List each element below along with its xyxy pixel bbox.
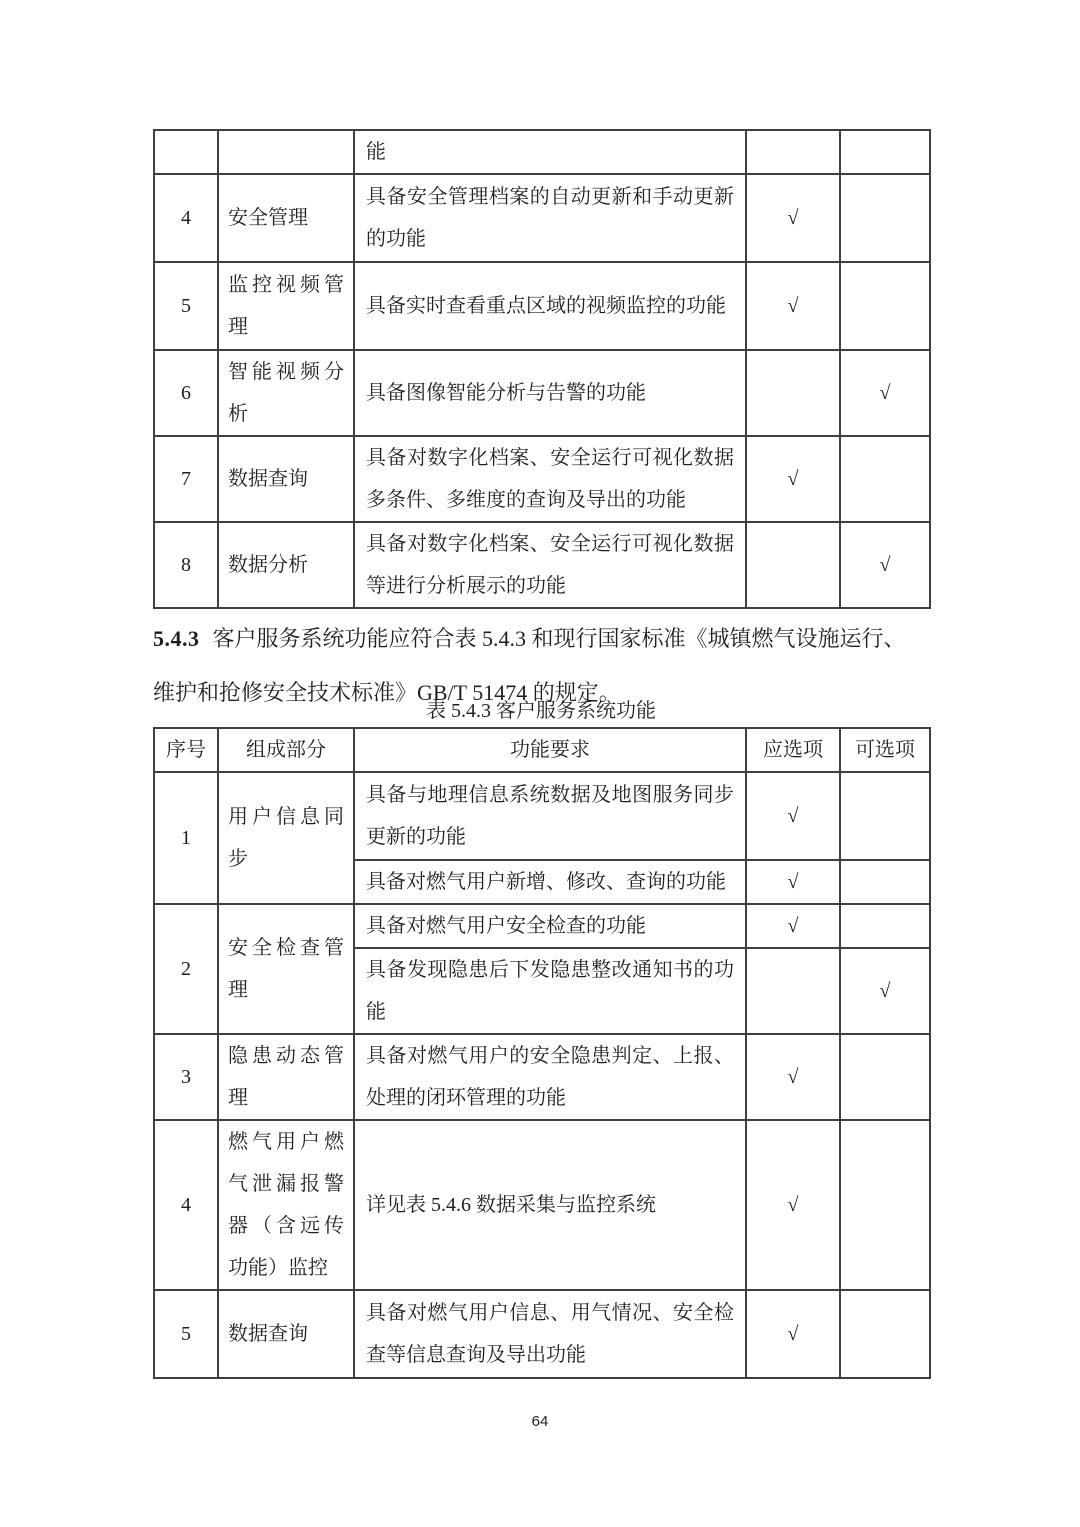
- optional-mark-cell: [840, 772, 930, 860]
- header-requirement: 功能要求: [354, 728, 746, 772]
- table-row: 5 数据查询 具备对燃气用户信息、用气情况、安全检查等信息查询及导出功能 √: [154, 1290, 930, 1378]
- required-mark-cell: √: [746, 904, 840, 948]
- requirement-cell: 具备对燃气用户信息、用气情况、安全检查等信息查询及导出功能: [354, 1290, 746, 1378]
- component-cell: 数据分析: [218, 522, 354, 608]
- requirement-cell: 具备安全管理档案的自动更新和手动更新的功能: [354, 174, 746, 262]
- required-mark-cell: [746, 948, 840, 1034]
- optional-mark-cell: [840, 1290, 930, 1378]
- table-row: 6 智能视频分析 具备图像智能分析与告警的功能 √: [154, 350, 930, 436]
- seq-cell: [154, 130, 218, 174]
- table-row-continuation: 能: [154, 130, 930, 174]
- required-mark-cell: √: [746, 436, 840, 522]
- seq-cell: 7: [154, 436, 218, 522]
- document-page: 能 4 安全管理 具备安全管理档案的自动更新和手动更新的功能 √ 5 监控视频管…: [0, 0, 1080, 1527]
- required-mark-cell: √: [746, 1120, 840, 1290]
- table-customer-service-functions: 序号 组成部分 功能要求 应选项 可选项 1 用户信息同步 具备与地理信息系统数…: [153, 727, 931, 1379]
- clause-line1-text: 客户服务系统功能应符合表 5.4.3 和现行国家标准《城镇燃气设施运行、: [213, 626, 906, 651]
- requirement-cell: 具备对数字化档案、安全运行可视化数据等进行分析展示的功能: [354, 522, 746, 608]
- required-mark-cell: √: [746, 262, 840, 350]
- requirement-cell: 具备对燃气用户安全检查的功能: [354, 904, 746, 948]
- requirement-cell: 具备对燃气用户的安全隐患判定、上报、处理的闭环管理的功能: [354, 1034, 746, 1120]
- component-cell: 数据查询: [218, 436, 354, 522]
- optional-mark-cell: [840, 130, 930, 174]
- seq-cell: 3: [154, 1034, 218, 1120]
- header-required-option: 应选项: [746, 728, 840, 772]
- seq-cell: 2: [154, 904, 218, 1034]
- optional-mark-cell: [840, 436, 930, 522]
- optional-mark-cell: √: [840, 948, 930, 1034]
- component-cell: [218, 130, 354, 174]
- component-cell: 隐患动态管理: [218, 1034, 354, 1120]
- required-mark-cell: √: [746, 1034, 840, 1120]
- component-cell: 智能视频分析: [218, 350, 354, 436]
- header-component: 组成部分: [218, 728, 354, 772]
- requirement-cell: 具备与地理信息系统数据及地图服务同步更新的功能: [354, 772, 746, 860]
- seq-cell: 4: [154, 174, 218, 262]
- required-mark-cell: [746, 522, 840, 608]
- component-cell: 燃气用户燃气泄漏报警器（含远传功能）监控: [218, 1120, 354, 1290]
- table-header-row: 序号 组成部分 功能要求 应选项 可选项: [154, 728, 930, 772]
- requirement-cell: 具备图像智能分析与告警的功能: [354, 350, 746, 436]
- table-row: 5 监控视频管理 具备实时查看重点区域的视频监控的功能 √: [154, 262, 930, 350]
- seq-cell: 6: [154, 350, 218, 436]
- required-mark-cell: [746, 130, 840, 174]
- seq-cell: 4: [154, 1120, 218, 1290]
- optional-mark-cell: [840, 174, 930, 262]
- requirement-cell: 能: [354, 130, 746, 174]
- required-mark-cell: √: [746, 860, 840, 904]
- optional-mark-cell: √: [840, 350, 930, 436]
- component-cell: 监控视频管理: [218, 262, 354, 350]
- table-row: 4 燃气用户燃气泄漏报警器（含远传功能）监控 详见表 5.4.6 数据采集与监控…: [154, 1120, 930, 1290]
- page-number: 64: [0, 1413, 1080, 1430]
- optional-mark-cell: [840, 904, 930, 948]
- clause-number: 5.4.3: [153, 626, 200, 651]
- component-cell: 安全检查管理: [218, 904, 354, 1034]
- table-row: 1 用户信息同步 具备与地理信息系统数据及地图服务同步更新的功能 √: [154, 772, 930, 860]
- requirement-cell: 详见表 5.4.6 数据采集与监控系统: [354, 1120, 746, 1290]
- required-mark-cell: √: [746, 1290, 840, 1378]
- optional-mark-cell: [840, 262, 930, 350]
- requirement-cell: 具备对数字化档案、安全运行可视化数据多条件、多维度的查询及导出的功能: [354, 436, 746, 522]
- table-row: 4 安全管理 具备安全管理档案的自动更新和手动更新的功能 √: [154, 174, 930, 262]
- component-cell: 用户信息同步: [218, 772, 354, 904]
- required-mark-cell: √: [746, 772, 840, 860]
- table-row: 8 数据分析 具备对数字化档案、安全运行可视化数据等进行分析展示的功能 √: [154, 522, 930, 608]
- clause-line-1: 5.4.3客户服务系统功能应符合表 5.4.3 和现行国家标准《城镇燃气设施运行…: [153, 612, 953, 666]
- optional-mark-cell: [840, 1034, 930, 1120]
- optional-mark-cell: [840, 1120, 930, 1290]
- seq-cell: 5: [154, 1290, 218, 1378]
- component-cell: 数据查询: [218, 1290, 354, 1378]
- required-mark-cell: [746, 350, 840, 436]
- requirement-cell: 具备对燃气用户新增、修改、查询的功能: [354, 860, 746, 904]
- header-optional-option: 可选项: [840, 728, 930, 772]
- seq-cell: 5: [154, 262, 218, 350]
- required-mark-cell: √: [746, 174, 840, 262]
- requirement-cell: 具备发现隐患后下发隐患整改通知书的功能: [354, 948, 746, 1034]
- optional-mark-cell: [840, 860, 930, 904]
- requirement-cell: 具备实时查看重点区域的视频监控的功能: [354, 262, 746, 350]
- table-543-caption: 表 5.4.3 客户服务系统功能: [153, 697, 929, 725]
- optional-mark-cell: √: [840, 522, 930, 608]
- seq-cell: 1: [154, 772, 218, 904]
- table-row: 7 数据查询 具备对数字化档案、安全运行可视化数据多条件、多维度的查询及导出的功…: [154, 436, 930, 522]
- seq-cell: 8: [154, 522, 218, 608]
- table-row: 3 隐患动态管理 具备对燃气用户的安全隐患判定、上报、处理的闭环管理的功能 √: [154, 1034, 930, 1120]
- table-system-functions-continued: 能 4 安全管理 具备安全管理档案的自动更新和手动更新的功能 √ 5 监控视频管…: [153, 129, 931, 609]
- header-seq: 序号: [154, 728, 218, 772]
- component-cell: 安全管理: [218, 174, 354, 262]
- table-row: 2 安全检查管理 具备对燃气用户安全检查的功能 √: [154, 904, 930, 948]
